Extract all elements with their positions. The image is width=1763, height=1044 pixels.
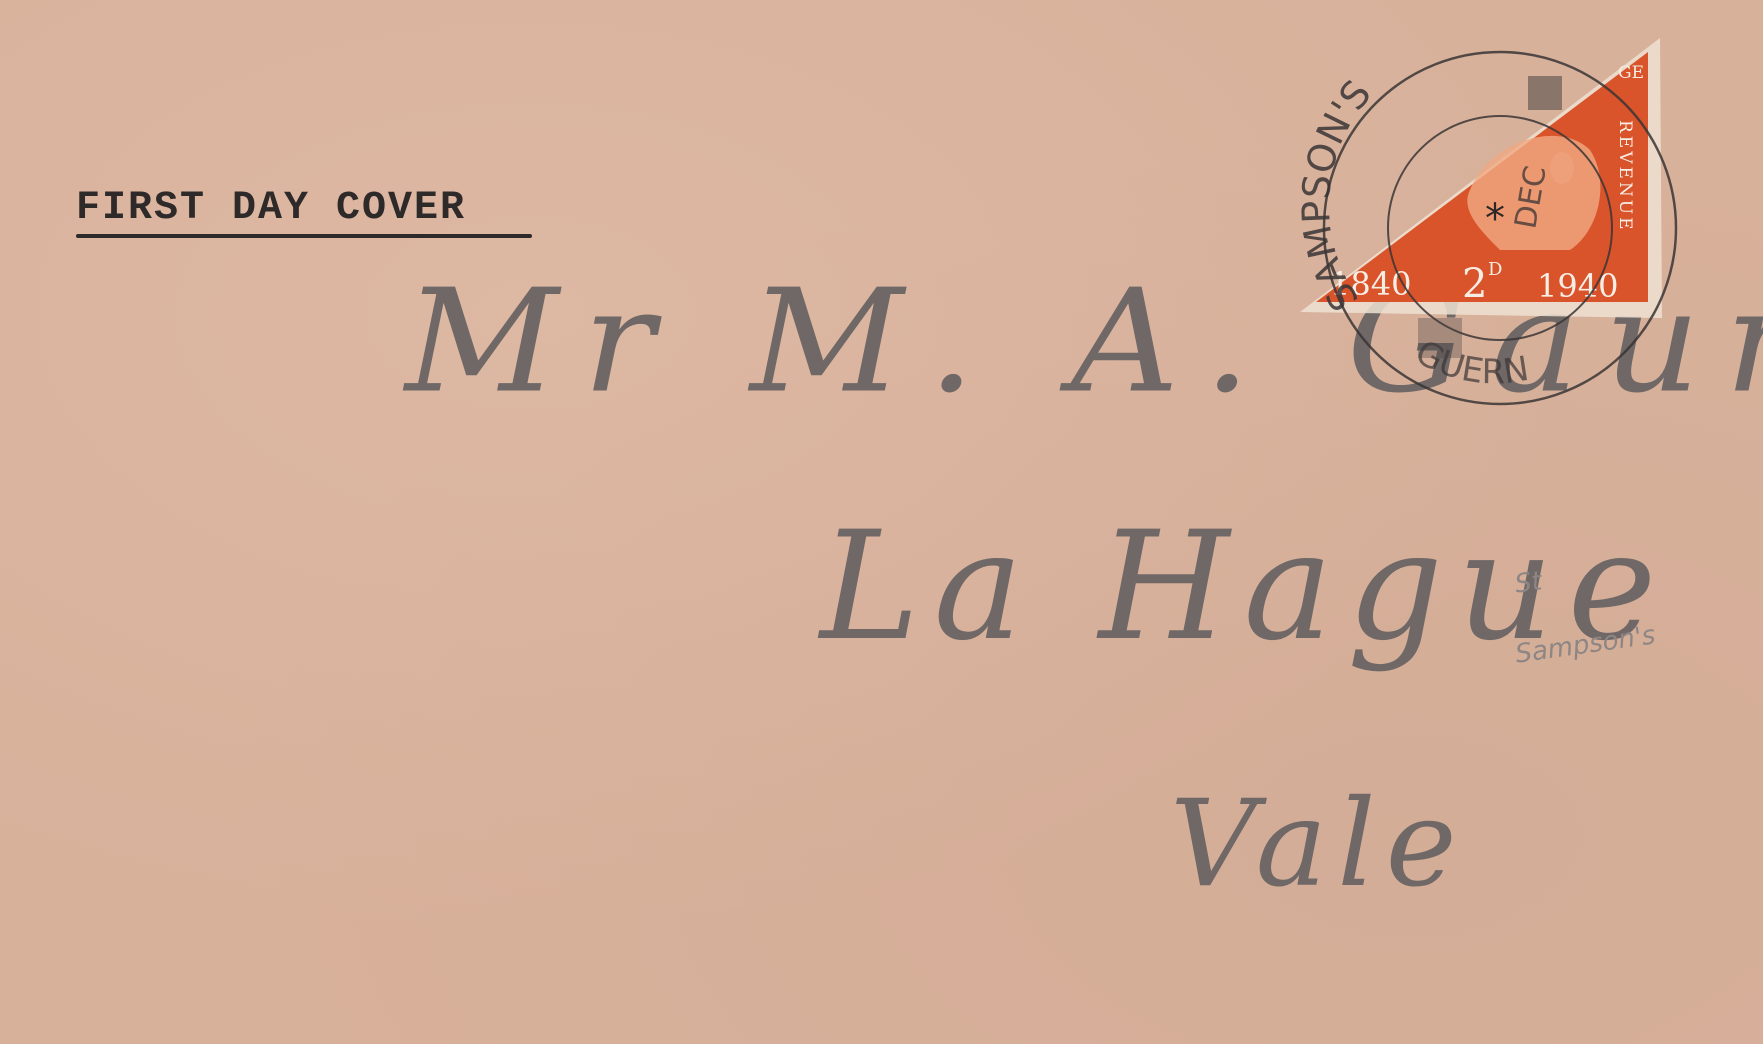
postmark-smudge-bottom [1418,318,1462,358]
postmark-smudge-top [1528,76,1562,110]
stamp-year-right: 1940 [1537,267,1618,305]
postmark-star: * [1485,196,1505,242]
stamp-and-postmark: 1840 2 D 1940 REVENUE GE SAMPSON'S GUERN… [0,0,1763,1044]
king-ear [1550,152,1574,184]
stamp-value: 2 [1462,261,1487,307]
stamp-top-text: GE [1618,63,1644,83]
stamp-value-suffix: D [1488,259,1502,280]
stamp-side-text: REVENUE [1615,120,1635,233]
